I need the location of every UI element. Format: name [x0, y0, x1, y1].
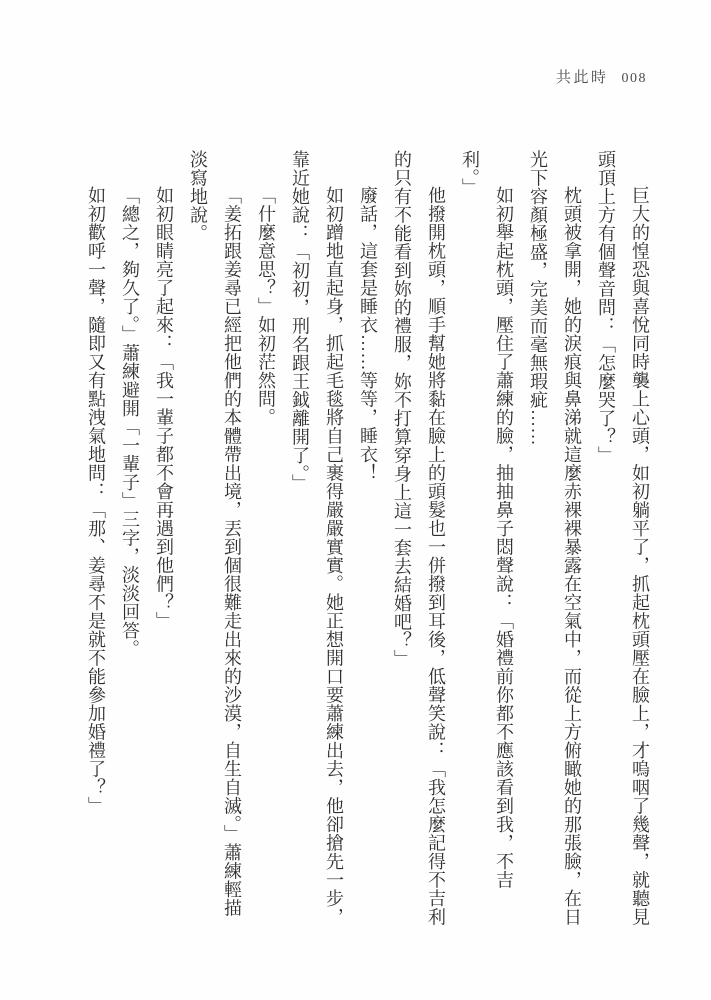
body-text: 巨大的惶恐與喜悅同時襲上心頭，如初躺平了，抓起枕頭壓在臉上，才嗚咽了幾聲，就聽見…	[79, 150, 657, 962]
text-column: 的只有不能看到妳的禮服，妳不打算穿身上這一套去結婚吧？」	[385, 150, 419, 962]
text-column: 「總之，夠久了。」蕭練避開「一輩子」三字，淡淡回答。	[113, 150, 147, 962]
text-column: 巨大的惶恐與喜悅同時襲上心頭，如初躺平了，抓起枕頭壓在臉上，才嗚咽了幾聲，就聽見	[623, 150, 657, 962]
text-column: 他撥開枕頭，順手幫她將黏在臉上的頭髮也一併撥到耳後，低聲笑說：「我怎麼記得不吉利	[419, 150, 453, 962]
text-column: 如初眼睛亮了起來：「我一輩子都不會再遇到他們？」	[147, 150, 181, 962]
text-column: 頭頂上方有個聲音問：「怎麼哭了？」	[589, 150, 623, 962]
text-column: 淡寫地說。	[181, 150, 215, 962]
text-column: 如初蹭地直起身，抓起毛毯將自己裹得嚴嚴實實。她正想開口要蕭練出去，他卻搶先一步，	[317, 150, 351, 962]
text-column: 如初舉起枕頭，壓住了蕭練的臉，抽抽鼻子悶聲說：「婚禮前你都不應該看到我，不吉	[487, 150, 521, 962]
text-column: 「姜拓跟姜尋已經把他們的本體帶出境，丟到個很難走出來的沙漠，自生自滅。」蕭練輕描	[215, 150, 249, 962]
book-page: 共此時 008 巨大的惶恐與喜悅同時襲上心頭，如初躺平了，抓起枕頭壓在臉上，才嗚…	[0, 0, 711, 1000]
text-column: 廢話，這套是睡衣……等等，睡衣！	[351, 150, 385, 962]
running-title: 共此時	[556, 66, 609, 87]
text-column: 利。」	[453, 150, 487, 962]
text-column: 靠近她說：「初初，刑名跟王鉞離開了。」	[283, 150, 317, 962]
text-column: 光下容顏極盛，完美而毫無瑕疵……	[521, 150, 555, 962]
text-column: 枕頭被拿開，她的淚痕與鼻涕就這麼赤裸裸暴露在空氣中，而從上方俯瞰她的那張臉，在日	[555, 150, 589, 962]
page-header: 共此時 008	[556, 66, 647, 87]
text-column: 如初歡呼一聲，隨即又有點洩氣地問：「那、姜尋不是就不能參加婚禮了？」	[79, 150, 113, 962]
text-column: 「什麼意思？」如初茫然問。	[249, 150, 283, 962]
page-number: 008	[622, 71, 648, 87]
